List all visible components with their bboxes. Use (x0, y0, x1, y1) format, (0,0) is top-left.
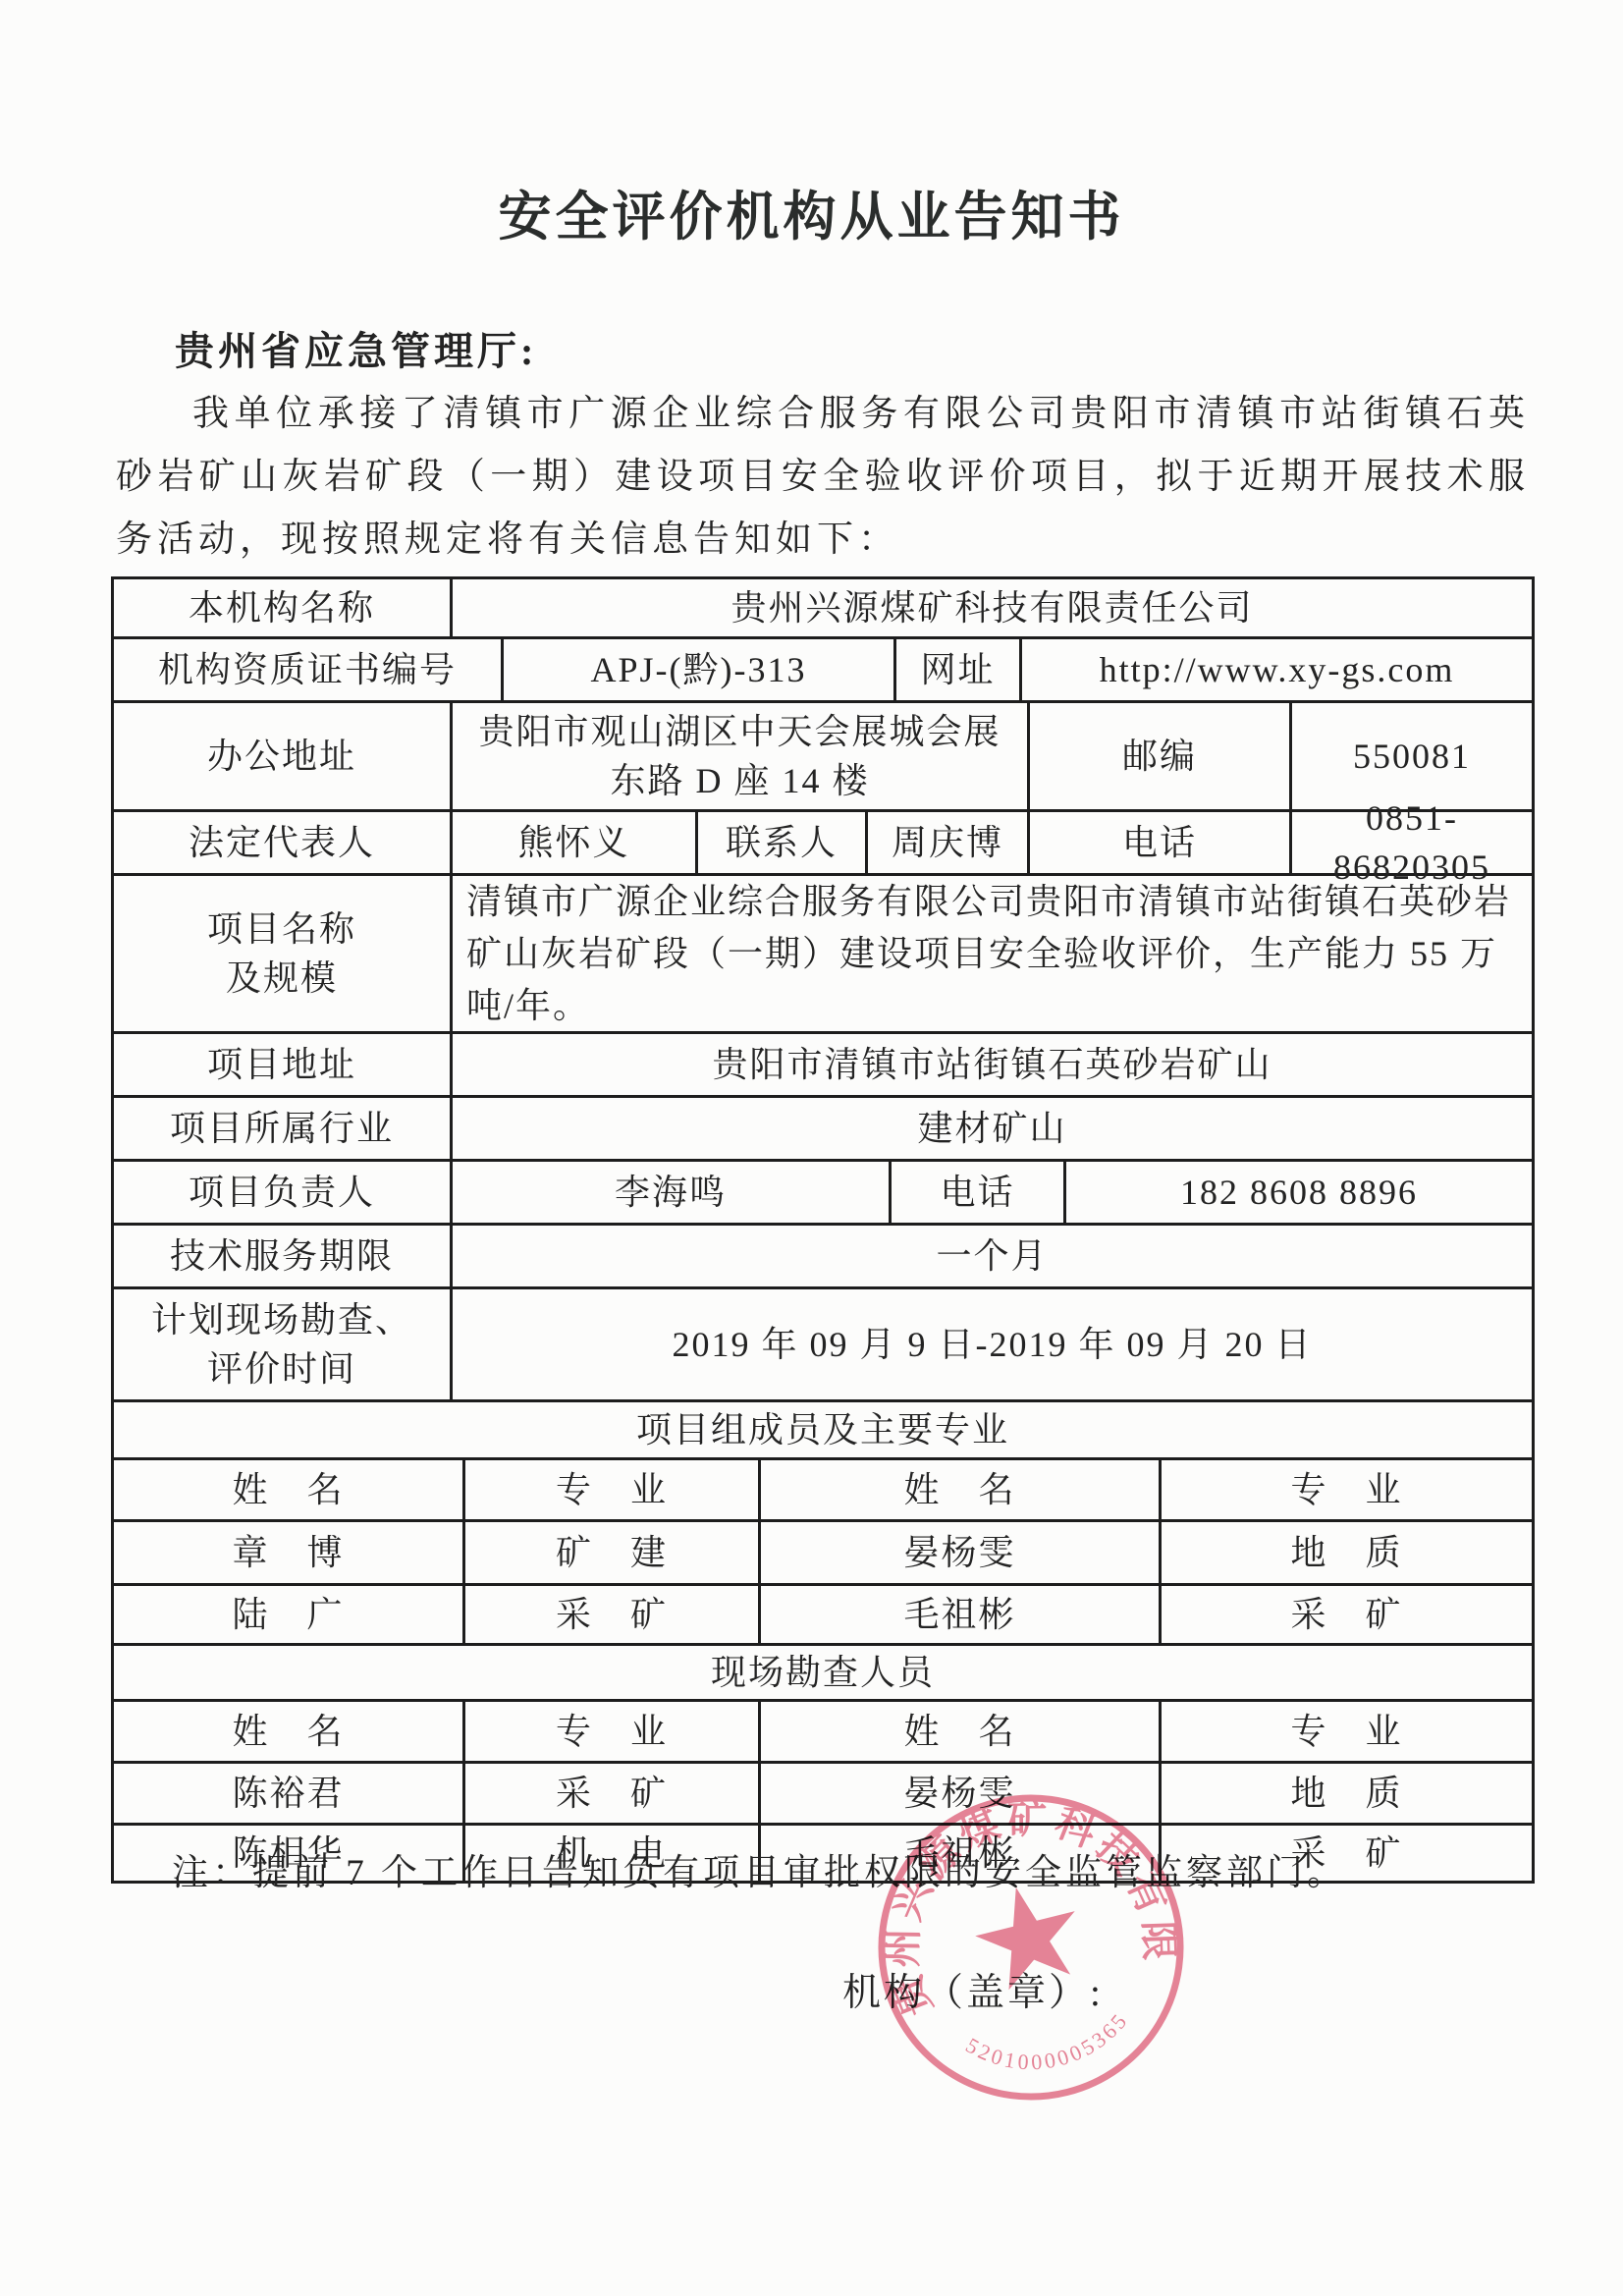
col-header-major: 专 业 (465, 1702, 761, 1761)
member-major: 采 矿 (1162, 1586, 1532, 1643)
value-survey-time: 2019 年 09 月 9 日-2019 年 09 月 20 日 (453, 1289, 1532, 1399)
label-postcode: 邮编 (1030, 703, 1292, 809)
label-survey-time: 计划现场勘查、 评价时间 (114, 1289, 453, 1399)
table-row: 项目组成员及主要专业 (114, 1402, 1532, 1460)
label-website: 网址 (896, 639, 1022, 700)
value-agency-name: 贵州兴源煤矿科技有限责任公司 (453, 579, 1532, 636)
member-name: 章 博 (114, 1522, 465, 1583)
member-name: 毛祖彬 (761, 1586, 1162, 1643)
value-office-address: 贵阳市观山湖区中天会展城会展 东路 D 座 14 楼 (453, 703, 1030, 809)
col-header-major: 专 业 (1162, 1702, 1532, 1761)
value-industry: 建材矿山 (453, 1098, 1532, 1159)
section-header-project-team: 项目组成员及主要专业 (114, 1402, 1532, 1457)
table-row: 项目所属行业 建材矿山 (114, 1098, 1532, 1162)
table-row: 项目负责人 李海鸣 电话 182 8608 8896 (114, 1162, 1532, 1226)
table-row: 计划现场勘查、 评价时间 2019 年 09 月 9 日-2019 年 09 月… (114, 1289, 1532, 1402)
label-office-address: 办公地址 (114, 703, 453, 809)
label-contact: 联系人 (698, 812, 868, 873)
table-row: 技术服务期限 一个月 (114, 1226, 1532, 1289)
surveyor-name: 陈裕君 (114, 1764, 465, 1823)
table-row: 姓 名 专 业 姓 名 专 业 (114, 1460, 1532, 1522)
table-row: 机构资质证书编号 APJ-(黔)-313 网址 http://www.xy-gs… (114, 639, 1532, 703)
col-header-major: 专 业 (465, 1460, 761, 1519)
table-row: 陆 广 采 矿 毛祖彬 采 矿 (114, 1586, 1532, 1646)
section-header-site-survey: 现场勘查人员 (114, 1646, 1532, 1699)
value-leader-phone: 182 8608 8896 (1066, 1162, 1532, 1223)
table-row: 项目名称 及规模 清镇市广源企业综合服务有限公司贵阳市清镇市站街镇石英砂岩矿山灰… (114, 876, 1532, 1034)
label-leader-phone: 电话 (892, 1162, 1066, 1223)
salutation: 贵州省应急管理厅: (175, 320, 537, 376)
label-legal-rep: 法定代表人 (114, 812, 453, 873)
info-table: 本机构名称 贵州兴源煤矿科技有限责任公司 机构资质证书编号 APJ-(黔)-31… (111, 576, 1535, 1884)
label-agency-name: 本机构名称 (114, 579, 453, 636)
member-name: 晏杨雯 (761, 1522, 1162, 1583)
table-row: 现场勘查人员 (114, 1646, 1532, 1702)
value-website: http://www.xy-gs.com (1022, 639, 1532, 700)
label-project-name-scale: 项目名称 及规模 (114, 876, 453, 1031)
value-phone: 0851-86820305 (1292, 812, 1532, 873)
label-service-period: 技术服务期限 (114, 1226, 453, 1286)
value-certificate-no: APJ-(黔)-313 (504, 639, 896, 700)
table-row: 陈裕君 采 矿 晏杨雯 地 质 (114, 1764, 1532, 1826)
document-page: 安全评价机构从业告知书 贵州省应急管理厅: 我单位承接了清镇市广源企业综合服务有… (0, 0, 1623, 2296)
document-title: 安全评价机构从业告知书 (0, 175, 1623, 250)
seal-serial-text: 5201000005365 (957, 1995, 1140, 2093)
surveyor-major: 采 矿 (465, 1764, 761, 1823)
label-phone: 电话 (1030, 812, 1292, 873)
value-service-period: 一个月 (453, 1226, 1532, 1286)
label-certificate-no: 机构资质证书编号 (114, 639, 504, 700)
member-major: 矿 建 (465, 1522, 761, 1583)
member-name: 陆 广 (114, 1586, 465, 1643)
value-project-name-scale: 清镇市广源企业综合服务有限公司贵阳市清镇市站街镇石英砂岩矿山灰岩矿段（一期）建设… (453, 876, 1532, 1031)
col-header-name: 姓 名 (114, 1702, 465, 1761)
value-legal-rep: 熊怀义 (453, 812, 698, 873)
label-industry: 项目所属行业 (114, 1098, 453, 1159)
table-row: 法定代表人 熊怀义 联系人 周庆博 电话 0851-86820305 (114, 812, 1532, 876)
col-header-major: 专 业 (1162, 1460, 1532, 1519)
label-project-leader: 项目负责人 (114, 1162, 453, 1223)
col-header-name: 姓 名 (114, 1460, 465, 1519)
table-row: 章 博 矿 建 晏杨雯 地 质 (114, 1522, 1532, 1586)
col-header-name: 姓 名 (761, 1702, 1162, 1761)
company-seal: 贵州兴源煤矿科技有限责任公司 5201000005365 (849, 1766, 1213, 2129)
intro-paragraph: 我单位承接了清镇市广源企业综合服务有限公司贵阳市清镇市站街镇石英砂岩矿山灰岩矿段… (116, 383, 1530, 572)
table-row: 项目地址 贵阳市清镇市站街镇石英砂岩矿山 (114, 1034, 1532, 1098)
value-contact: 周庆博 (868, 812, 1030, 873)
member-major: 采 矿 (465, 1586, 761, 1643)
table-row: 姓 名 专 业 姓 名 专 业 (114, 1702, 1532, 1764)
member-major: 地 质 (1162, 1522, 1532, 1583)
table-row: 本机构名称 贵州兴源煤矿科技有限责任公司 (114, 579, 1532, 639)
value-project-address: 贵阳市清镇市站街镇石英砂岩矿山 (453, 1034, 1532, 1095)
col-header-name: 姓 名 (761, 1460, 1162, 1519)
value-project-leader: 李海鸣 (453, 1162, 892, 1223)
label-project-address: 项目地址 (114, 1034, 453, 1095)
surveyor-major: 地 质 (1162, 1764, 1532, 1823)
seal-star-icon (966, 1875, 1090, 1995)
